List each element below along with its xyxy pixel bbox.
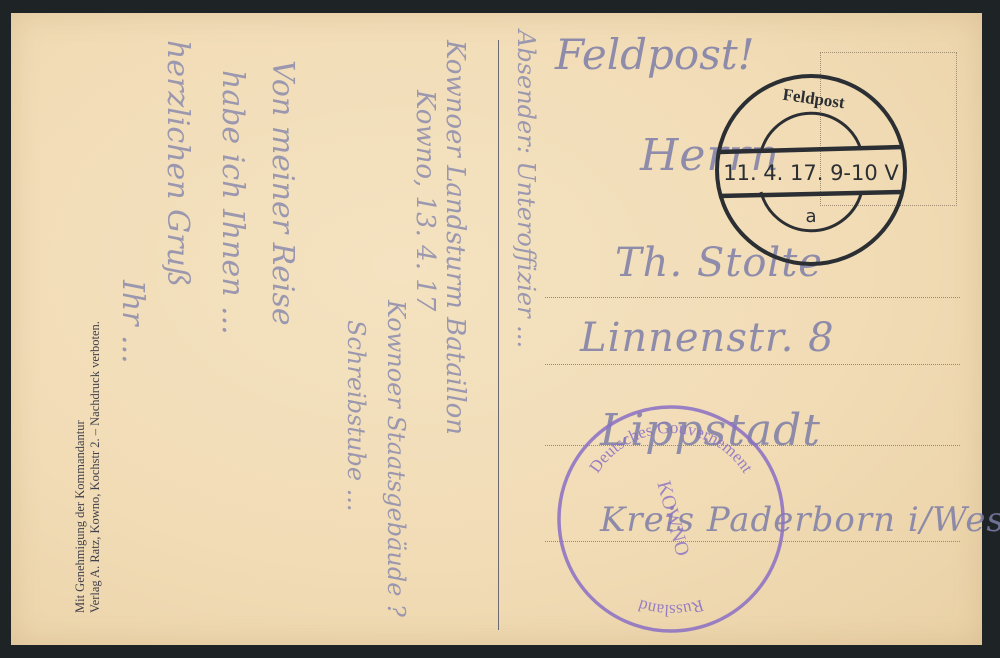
sender-line-5: Schreibstube ... [342,320,370,512]
sender-line-3: Kowno, 13. 4. 17 [410,90,440,311]
sender-line-2: Kownoer Landsturm Bataillon [440,40,470,435]
sender-line-4: Kownoer Staatsgebäude ? [382,300,410,617]
publisher-line-2: Verlag A. Ratz, Kowno, Kochstr 2. – Nach… [88,321,103,613]
center-divider-line [498,40,499,630]
sender-line-1: Absender: Unteroffizier ... [512,30,540,348]
publisher-line-1: Mit Genehmigung der Kommandantur [73,321,88,613]
censor-center-text: KOWNO [652,479,693,559]
message-line-4: Ihr ... [115,280,150,364]
postmark-letter: a [805,206,816,227]
address-line-2 [545,364,960,365]
postmark-top-text: Feldpost [782,85,847,113]
feldpost-postmark: Feldpost 11. 4. 17. 9-10 V a [713,72,909,268]
publisher-imprint: Mit Genehmigung der Kommandantur Verlag … [73,321,103,613]
message-line-1: Von meiner Reise [265,60,300,326]
perforated-edge [982,8,994,650]
svg-text:Russland: Russland [635,596,705,620]
postmark-date: 11. 4. 17. 9-10 V [723,161,899,185]
censor-stamp: Deutsches Gouvernement KOWNO Russland [555,403,787,635]
message-line-2: habe ich Ihnen ... [215,70,250,335]
address-line-1 [545,297,960,298]
censor-bottom-text: Russland [635,596,705,620]
message-line-3: herzlichen Gruß [160,40,195,287]
address-street: Linnenstr. 8 [580,315,835,361]
